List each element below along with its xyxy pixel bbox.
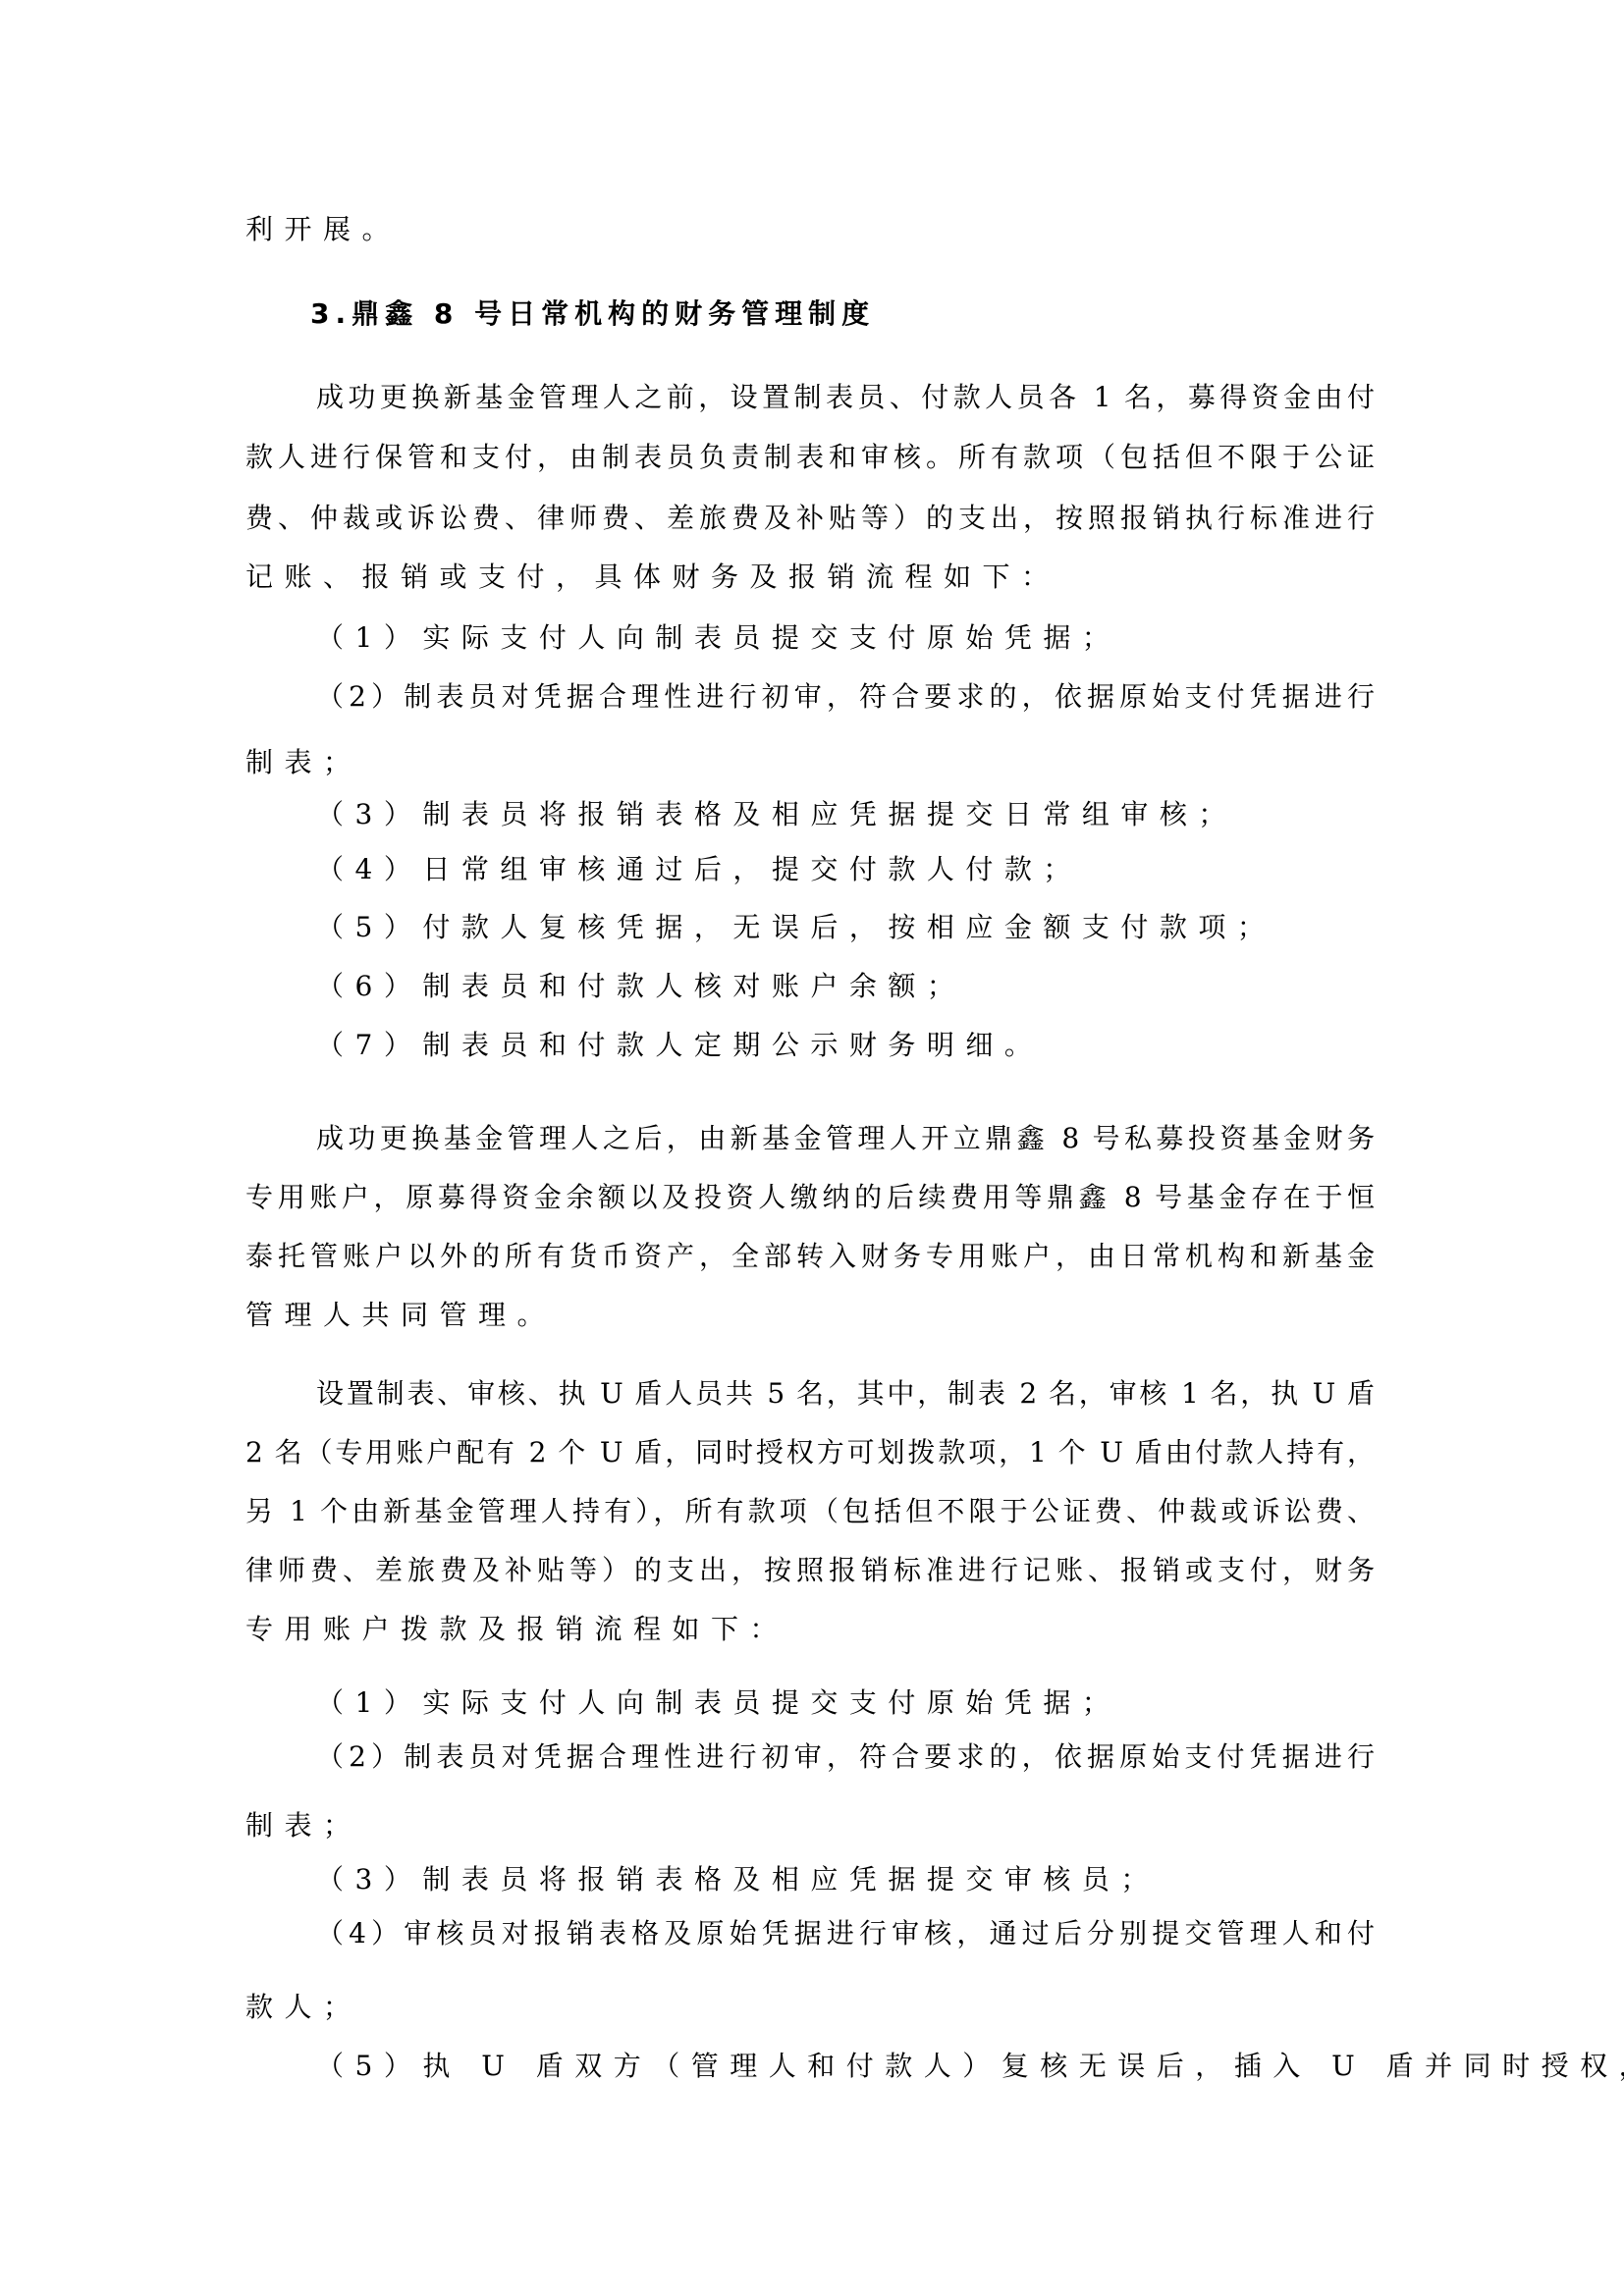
paragraph-line: 费、仲裁或诉讼费、律师费、差旅费及补贴等）的支出，按照报销执行标准进行 [245,499,1375,538]
paragraph-line: 泰托管账户以外的所有货币资产，全部转入财务专用账户，由日常机构和新基金 [245,1237,1375,1276]
list-item-continuation: 制表； [245,743,362,782]
list-item: （5）执 U 盾双方（管理人和付款人）复核无误后，插入 U 盾并同时授权， [316,2047,1624,2086]
paragraph-line: 款人进行保管和支付，由制表员负责制表和审核。所有款项（包括但不限于公证 [245,438,1375,477]
list-item: （1）实际支付人向制表员提交支付原始凭据； [316,618,1120,658]
paragraph-line: 专用账户，原募得资金余额以及投资人缴纳的后续费用等鼎鑫 8 号基金存在于恒 [245,1178,1375,1217]
paragraph-line: 成功更换基金管理人之后，由新基金管理人开立鼎鑫 8 号私募投资基金财务 [316,1119,1375,1158]
list-item: （7）制表员和付款人定期公示财务明细。 [316,1026,1043,1065]
paragraph-line: 另 1 个由新基金管理人持有），所有款项（包括但不限于公证费、仲裁或诉讼费、 [245,1492,1375,1531]
list-item: （5）付款人复核凭据，无误后，按相应金额支付款项； [316,908,1275,947]
paragraph-line: 管理人共同管理。 [245,1296,556,1335]
list-item: （3）制表员将报销表格及相应凭据提交日常组审核； [316,795,1237,834]
paragraph-line: 成功更换新基金管理人之前，设置制表员、付款人员各 1 名，募得资金由付 [316,378,1375,417]
list-item: （2）制表员对凭据合理性进行初审，符合要求的，依据原始支付凭据进行 [316,677,1375,717]
paragraph-line: 2 名（专用账户配有 2 个 U 盾，同时授权方可划拨款项，1 个 U 盾由付款… [245,1433,1375,1472]
paragraph-line: 专用账户拨款及报销流程如下： [245,1610,788,1649]
paragraph-line: 记账、报销或支付，具体财务及报销流程如下： [245,558,1060,597]
list-item-continuation: 款人； [245,1988,362,2027]
list-item: （3）制表员将报销表格及相应凭据提交审核员； [316,1860,1160,1899]
list-item: （6）制表员和付款人核对账户余额； [316,967,965,1006]
list-item: （2）制表员对凭据合理性进行初审，符合要求的，依据原始支付凭据进行 [316,1737,1375,1777]
section-heading: 3.鼎鑫 8 号日常机构的财务管理制度 [310,294,875,334]
list-item: （1）实际支付人向制表员提交支付原始凭据； [316,1683,1120,1723]
paragraph-line: 设置制表、审核、执 U 盾人员共 5 名，其中，制表 2 名，审核 1 名，执 … [316,1374,1375,1414]
list-item: （4）日常组审核通过后，提交付款人付款； [316,850,1082,889]
list-item: （4）审核员对报销表格及原始凭据进行审核，通过后分别提交管理人和付 [316,1914,1375,1953]
list-item-continuation: 制表； [245,1806,362,1845]
paragraph-line: 律师费、差旅费及补贴等）的支出，按照报销标准进行记账、报销或支付，财务 [245,1551,1375,1590]
continuation-text: 利开展。 [245,210,401,249]
